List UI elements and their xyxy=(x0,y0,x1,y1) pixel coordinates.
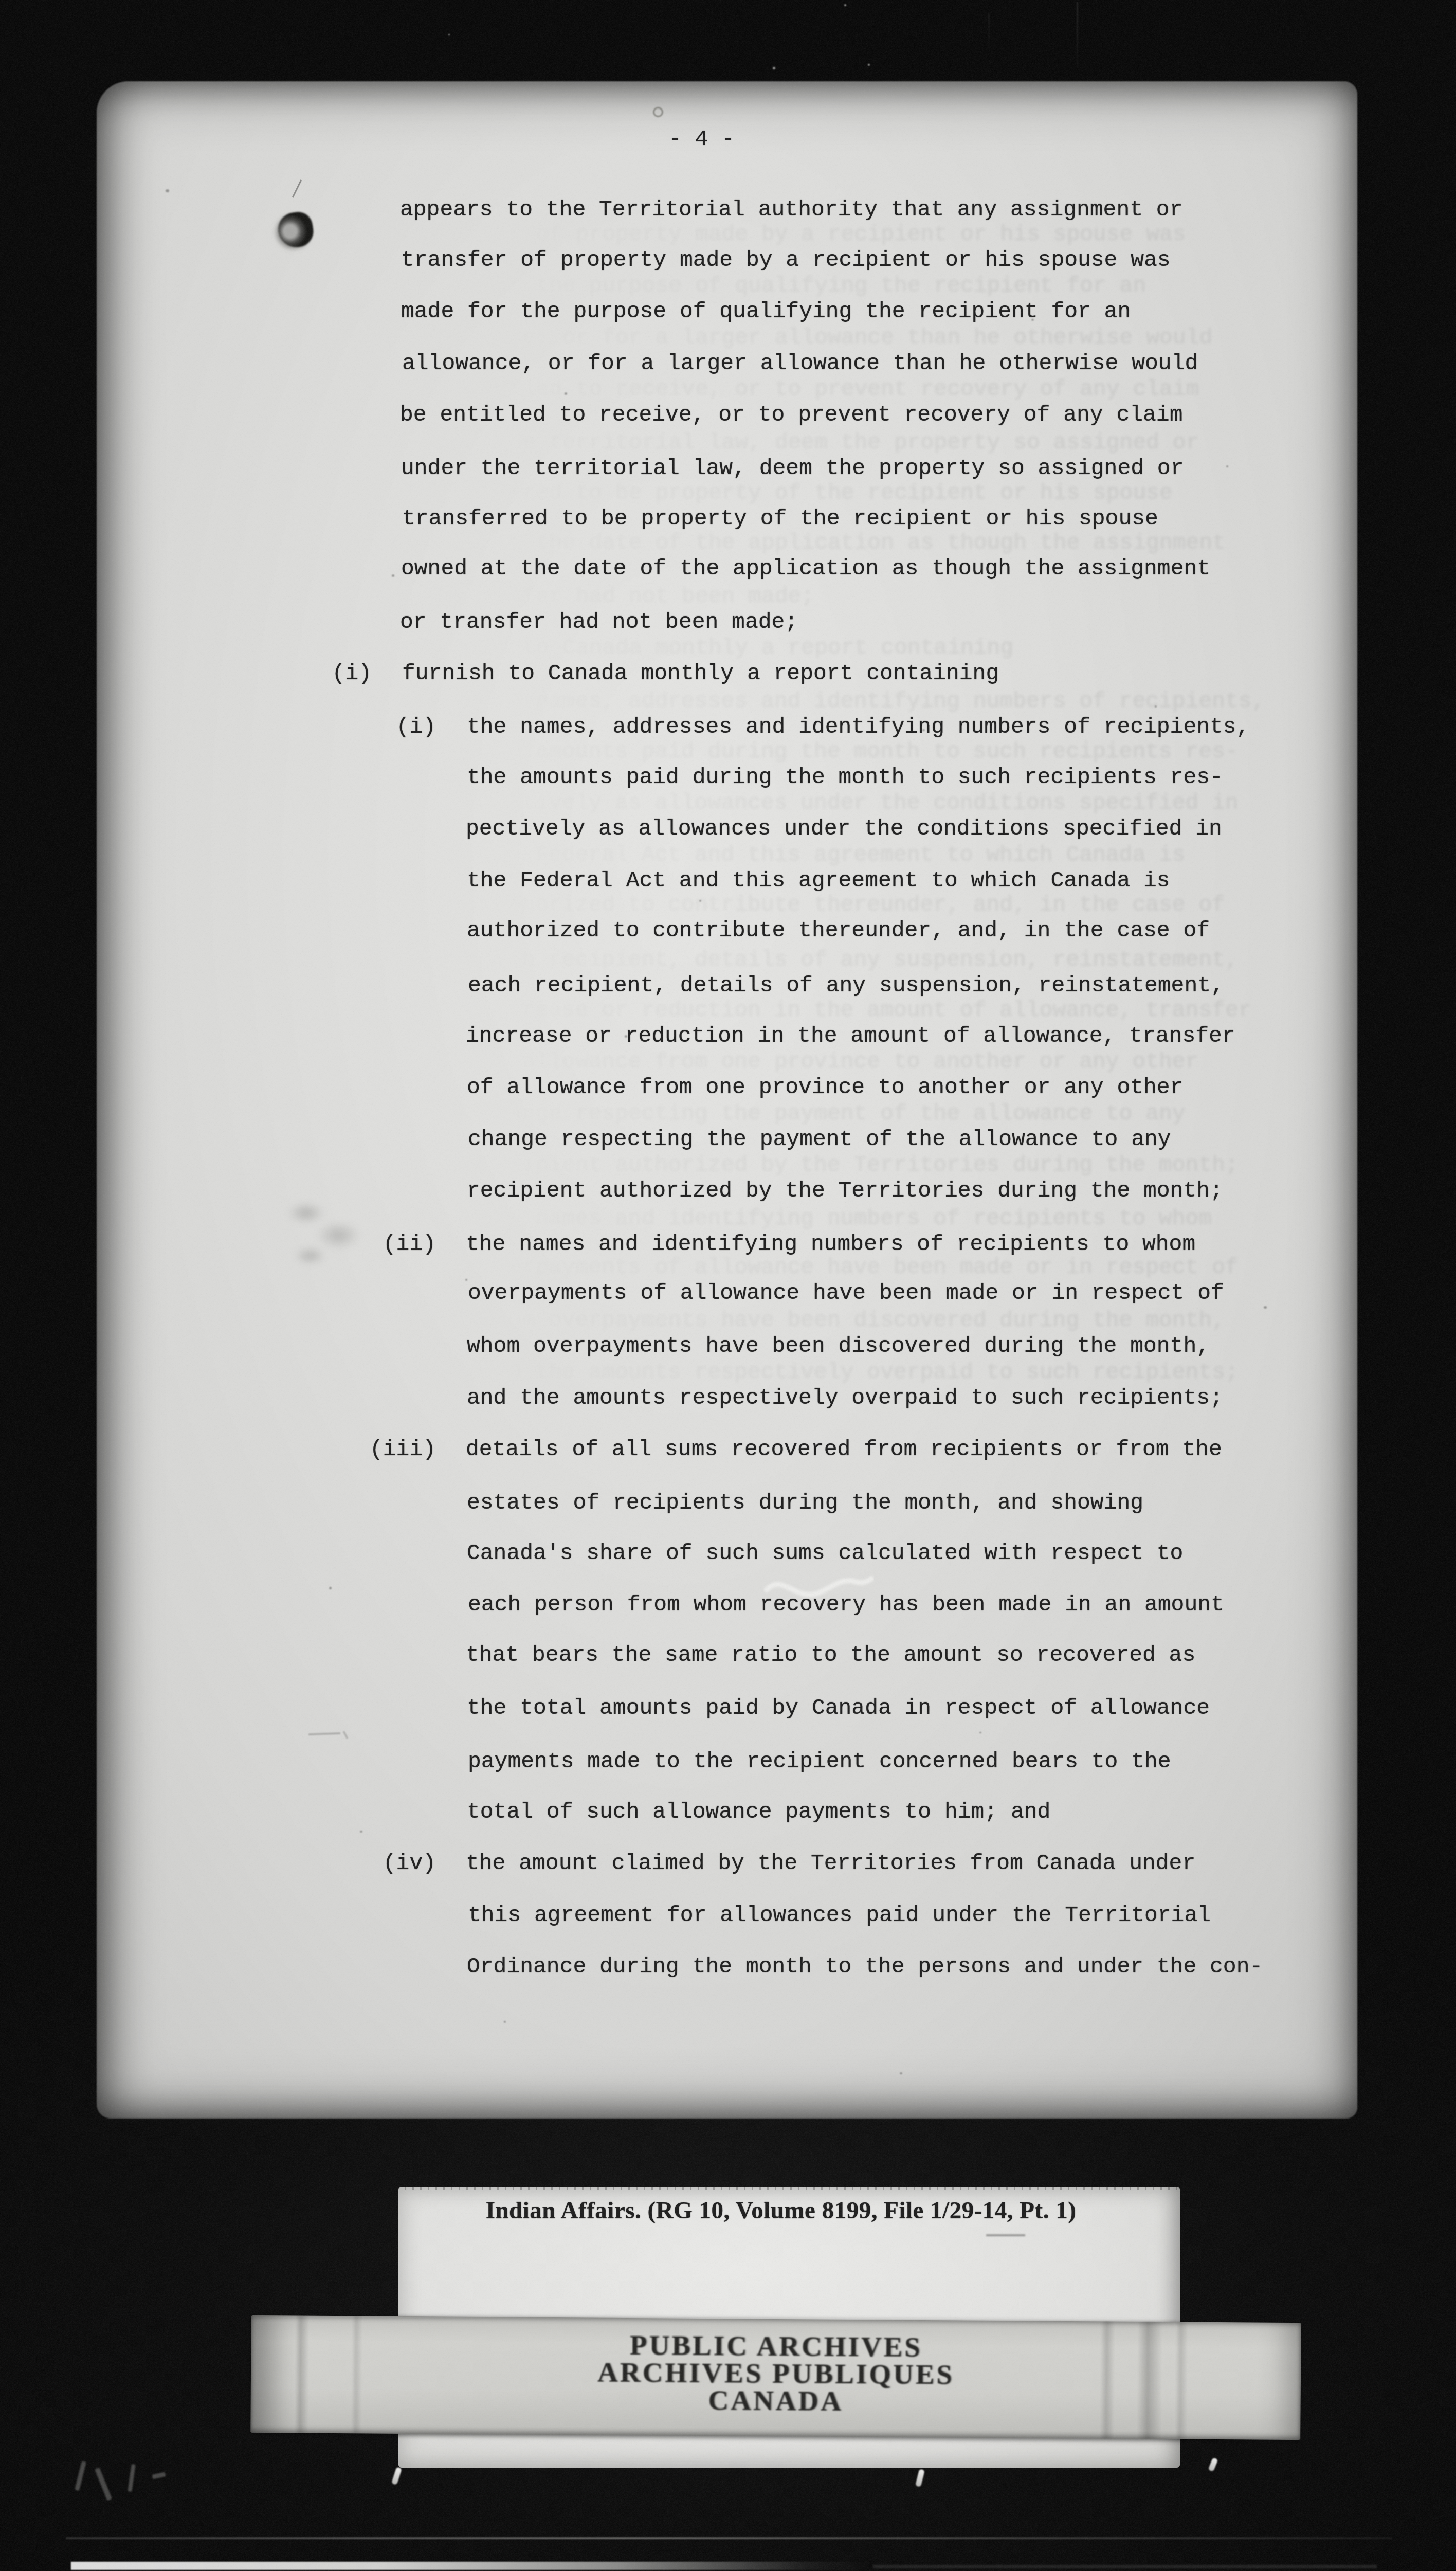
typed-line: estates of recipients during the month, … xyxy=(467,1491,1143,1515)
dust-speck xyxy=(979,1732,981,1733)
film-frame-edge-line xyxy=(66,2537,1392,2539)
clause-marker: (iv) xyxy=(318,1852,436,1875)
typed-line: payments made to the recipient concerned… xyxy=(468,1750,1171,1773)
dust-speck xyxy=(565,392,567,395)
typed-line: whom overpayments have been discovered d… xyxy=(467,1334,1210,1358)
typed-line: the names and identifying numbers of rec… xyxy=(466,1233,1195,1256)
film-speck xyxy=(868,64,870,66)
dust-speck xyxy=(465,1279,467,1281)
white-scratch xyxy=(763,1569,874,1605)
typed-line: or transfer had not been made; xyxy=(400,610,798,634)
typed-line: recipient authorized by the Territories … xyxy=(467,1179,1223,1203)
typed-line: total of such allowance payments to him;… xyxy=(467,1800,1050,1824)
film-bottom-light-tail xyxy=(873,2565,1377,2568)
film-speck xyxy=(448,34,450,35)
film-speck xyxy=(773,67,775,69)
typed-line: of allowance from one province to anothe… xyxy=(467,1076,1183,1099)
card-perforated-edge xyxy=(398,2187,1180,2190)
typed-line: the amount claimed by the Territories fr… xyxy=(466,1852,1195,1875)
clause-marker: (iii) xyxy=(318,1438,436,1461)
dust-speck xyxy=(360,1831,362,1833)
dust-speck xyxy=(653,107,663,117)
typed-line: authorized to contribute thereunder, and… xyxy=(467,919,1210,943)
typed-line: furnish to Canada monthly a report conta… xyxy=(402,662,999,685)
typed-line: transfer of property made by a recipient… xyxy=(401,248,1171,272)
film-scratch xyxy=(1077,2,1078,68)
film-bottom-light-strip xyxy=(71,2562,873,2570)
dust-speck xyxy=(699,900,701,902)
typed-line: Ordinance during the month to the person… xyxy=(467,1955,1263,1979)
dust-speck xyxy=(166,189,169,192)
public-archives-stamp-text: PUBLIC ARCHIVES ARCHIVES PUBLIQUES CANAD… xyxy=(250,2329,1301,2418)
typed-line: made for the purpose of qualifying the r… xyxy=(401,300,1131,323)
dust-speck xyxy=(392,574,394,577)
typed-line: that bears the same ratio to the amount … xyxy=(466,1643,1195,1667)
typed-line: this agreement for allowances paid under… xyxy=(468,1904,1211,1927)
ink-smudge xyxy=(282,1198,363,1266)
microfilm-frame: transfer of property made by a recipient… xyxy=(0,0,1456,2571)
dust-speck xyxy=(1155,705,1157,708)
dust-speck xyxy=(625,1035,627,1038)
typed-line: be entitled to receive, or to prevent re… xyxy=(400,403,1182,427)
clause-marker: (i) xyxy=(318,715,436,739)
typed-line: change respecting the payment of the all… xyxy=(468,1128,1171,1151)
typed-line: appears to the Territorial authority tha… xyxy=(400,198,1182,222)
typed-line: increase or reduction in the amount of a… xyxy=(466,1024,1235,1048)
dust-speck xyxy=(329,1587,332,1589)
typed-line: owned at the date of the application as … xyxy=(401,557,1210,581)
typed-line: the names, addresses and identifying num… xyxy=(467,715,1249,739)
typed-line: each recipient, details of any suspensio… xyxy=(468,974,1224,998)
typed-line: the Federal Act and this agreement to wh… xyxy=(467,869,1170,893)
typed-line: pectively as allowances under the condit… xyxy=(466,817,1222,841)
typed-line: the total amounts paid by Canada in resp… xyxy=(467,1696,1210,1720)
typed-line: under the territorial law, deem the prop… xyxy=(401,457,1184,480)
archival-reference-text: Indian Affairs. (RG 10, Volume 8199, Fil… xyxy=(390,2197,1172,2224)
typed-text-block: appears to the Territorial authority tha… xyxy=(0,0,1456,2571)
film-scratch xyxy=(988,13,990,49)
typed-line: overpayments of allowance have been made… xyxy=(468,1281,1224,1305)
dust-speck xyxy=(1095,1453,1097,1454)
dust-speck xyxy=(1226,465,1228,467)
clause-marker: (i) xyxy=(253,662,372,685)
dust-speck xyxy=(900,2072,902,2074)
typed-line: and the amounts respectively overpaid to… xyxy=(467,1386,1223,1410)
dust-speck xyxy=(1264,1306,1267,1309)
dust-speck xyxy=(787,1702,789,1704)
typed-line: the amounts paid during the month to suc… xyxy=(467,766,1223,789)
dust-speck xyxy=(1031,319,1034,321)
typed-line: transferred to be property of the recipi… xyxy=(402,507,1158,531)
typed-line: allowance, or for a larger allowance tha… xyxy=(402,352,1198,375)
underline-mark xyxy=(986,2234,1025,2236)
dust-speck xyxy=(504,2021,506,2023)
typed-line: Canada's share of such sums calculated w… xyxy=(467,1542,1183,1565)
typed-line: details of all sums recovered from recip… xyxy=(466,1438,1222,1461)
film-speck xyxy=(844,4,846,6)
dust-speck xyxy=(922,729,925,731)
